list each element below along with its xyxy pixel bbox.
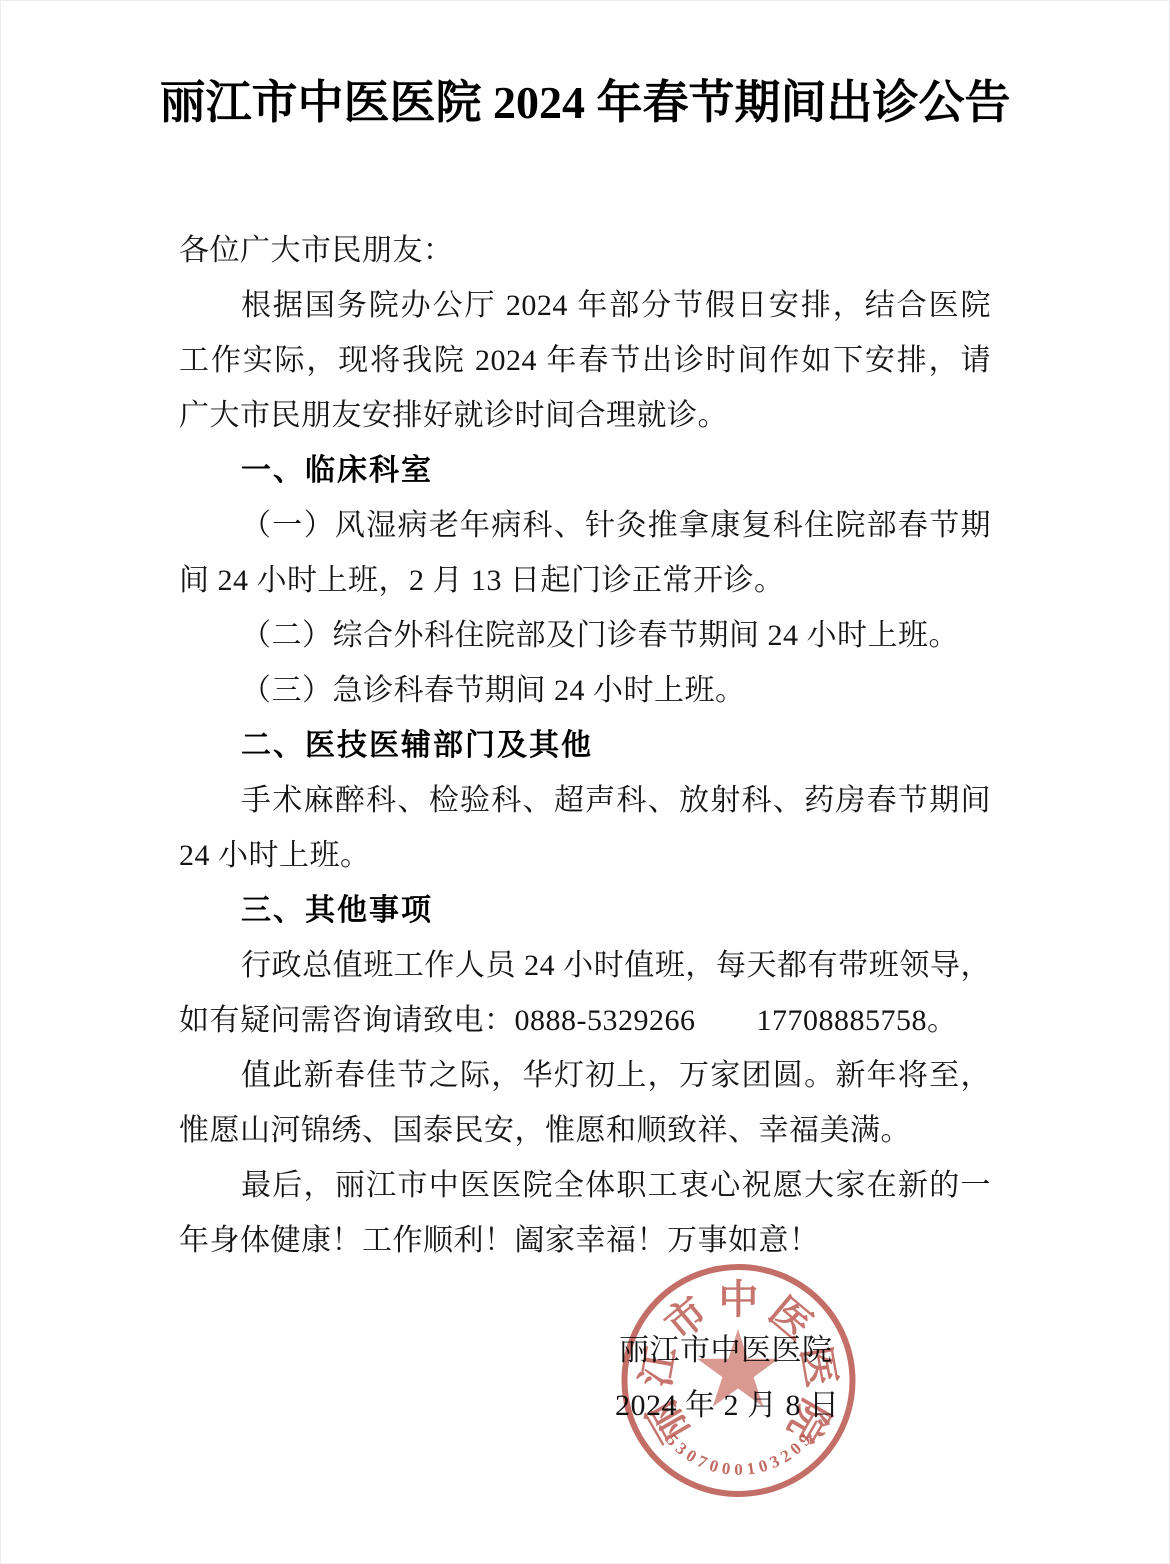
- body-line: 值此新春佳节之际，华灯初上，万家团圆。新年将至，: [179, 1048, 991, 1103]
- section-heading: 三、其他事项: [179, 883, 991, 938]
- seal-serial-digit: 0: [721, 1459, 732, 1479]
- body-line: 间 24 小时上班，2 月 13 日起门诊正常开诊。: [179, 553, 991, 608]
- body-line: 手术麻醉科、检验科、超声科、放射科、药房春节期间: [179, 773, 991, 828]
- body-line: （一）风湿病老年病科、针灸推拿康复科住院部春节期: [179, 498, 991, 553]
- seal-serial-number: 5307000103209: [662, 1431, 814, 1479]
- seal-serial-digit: 0: [734, 1460, 743, 1479]
- document-body: 各位广大市民朋友： 根据国务院办公厅 2024 年部分节假日安排，结合医院 工作…: [179, 223, 991, 1433]
- body-line: 工作实际，现将我院 2024 年春节出诊时间作如下安排，请: [179, 333, 991, 388]
- seal-serial-digit: 3: [767, 1451, 782, 1472]
- body-line: 行政总值班工作人员 24 小时值班，每天都有带班领导，: [179, 938, 991, 993]
- body-line: 24 小时上班。: [179, 828, 991, 883]
- signature-date: 2024 年 2 月 8 日: [179, 1378, 991, 1433]
- signature-org: 丽江市中医医院: [179, 1323, 991, 1378]
- blank-line: [179, 1268, 991, 1323]
- seal-serial-digit: 1: [745, 1459, 756, 1479]
- seal-serial-digit: 7: [695, 1451, 711, 1472]
- announcement-page: 丽江市中医医院 2024 年春节期间出诊公告 各位广大市民朋友： 根据国务院办公…: [0, 0, 1170, 1564]
- seal-serial-digit: 0: [707, 1456, 720, 1477]
- seal-serial-digit: 3: [672, 1439, 691, 1459]
- body-line: 各位广大市民朋友：: [179, 223, 991, 278]
- seal-serial-digit: 5: [662, 1431, 682, 1450]
- body-line: 根据国务院办公厅 2024 年部分节假日安排，结合医院: [179, 278, 991, 333]
- seal-serial-digit: 0: [683, 1446, 700, 1467]
- seal-serial-digit: 2: [777, 1446, 794, 1467]
- body-line: 广大市民朋友安排好就诊时间合理就诊。: [179, 388, 991, 443]
- body-line: 年身体健康！工作顺利！阖家幸福！万事如意！: [179, 1213, 991, 1268]
- seal-serial-digit: 0: [786, 1439, 805, 1459]
- body-line: 惟愿山河锦绣、国泰民安，惟愿和顺致祥、幸福美满。: [179, 1103, 991, 1158]
- body-line: 如有疑问需咨询请致电：0888-5329266 17708885758。: [179, 993, 991, 1048]
- document-title: 丽江市中医医院 2024 年春节期间出诊公告: [1, 1, 1169, 133]
- body-line: （三）急诊科春节期间 24 小时上班。: [179, 663, 991, 718]
- section-heading: 一、临床科室: [179, 443, 991, 498]
- body-line: （二）综合外科住院部及门诊春节期间 24 小时上班。: [179, 608, 991, 663]
- seal-serial-digit: 9: [795, 1431, 815, 1450]
- seal-serial-digit: 0: [756, 1456, 769, 1477]
- body-line: 最后，丽江市中医医院全体职工衷心祝愿大家在新的一: [179, 1158, 991, 1213]
- section-heading: 二、医技医辅部门及其他: [179, 718, 991, 773]
